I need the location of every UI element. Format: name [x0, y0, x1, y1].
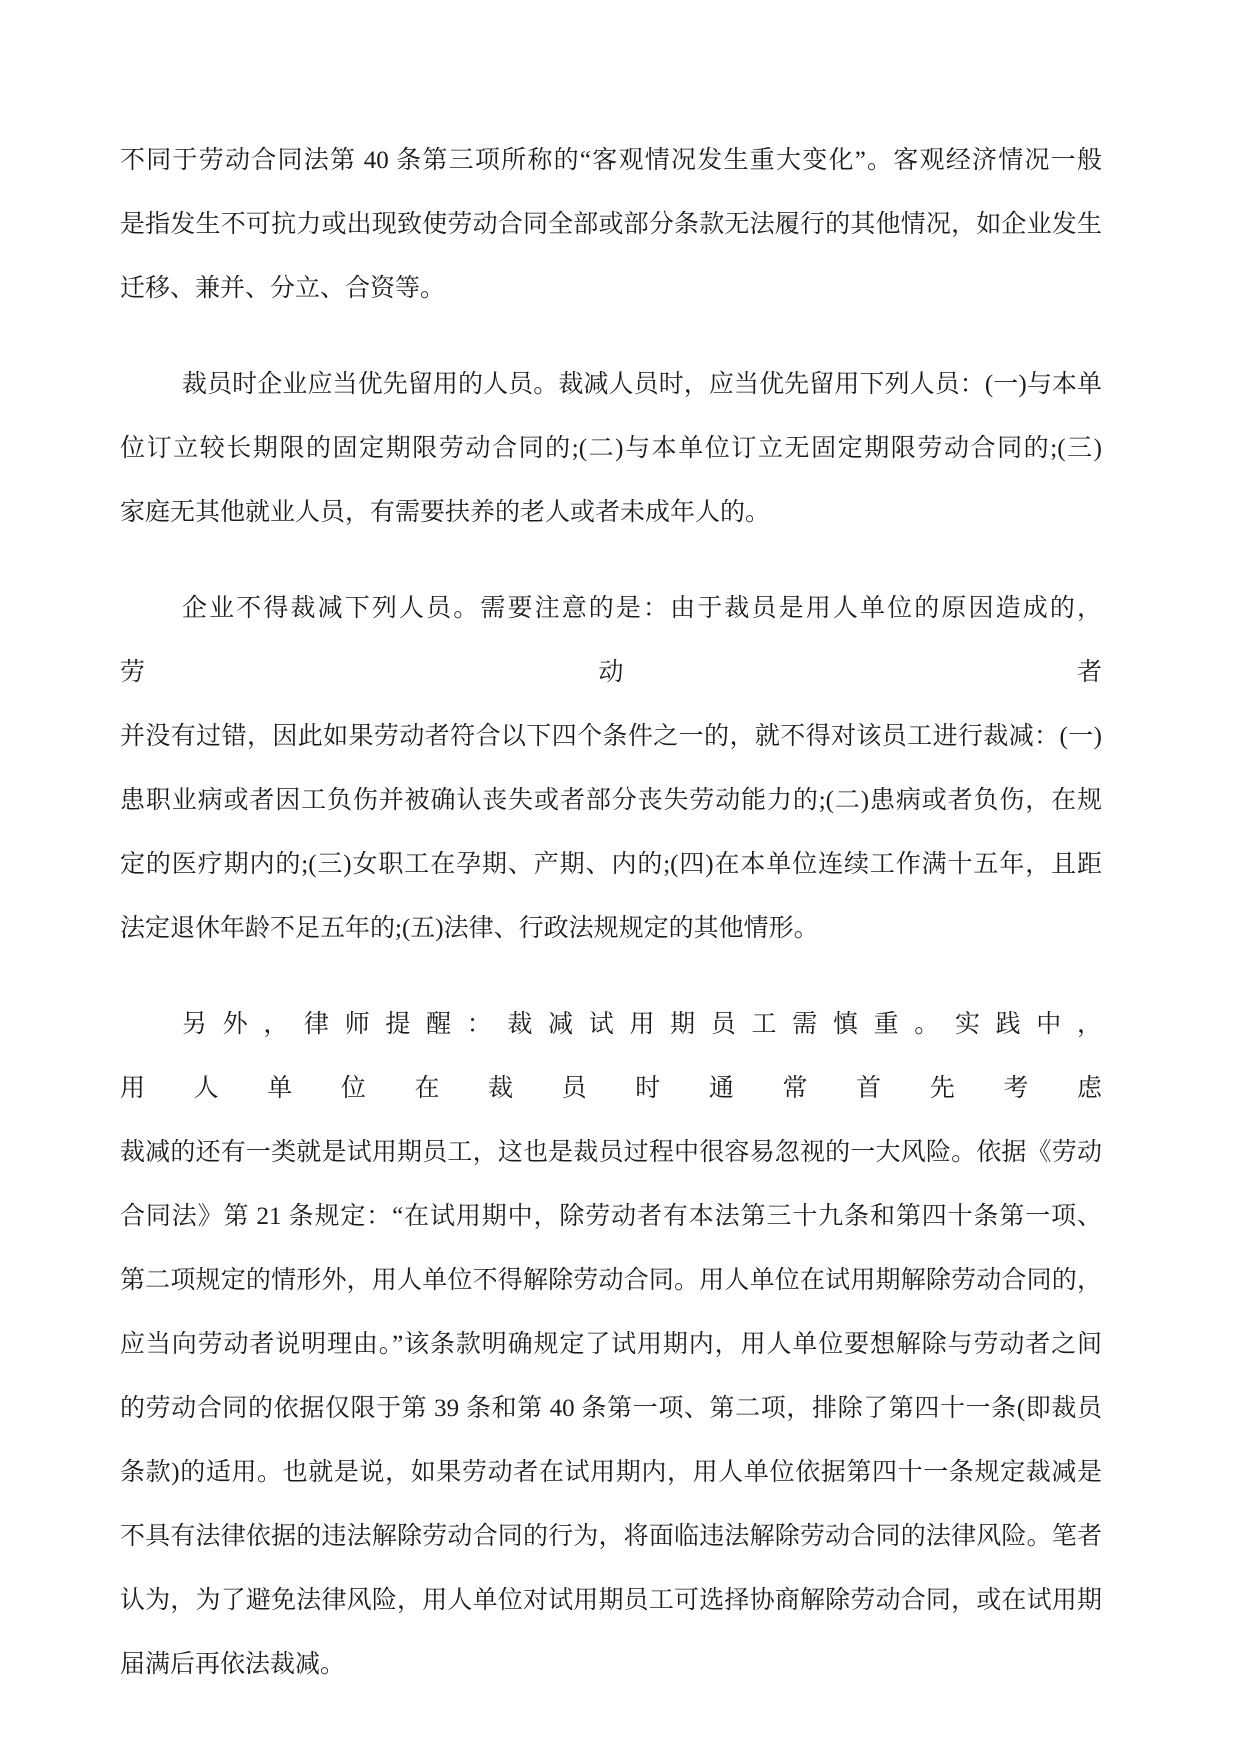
- text-column: 不同于劳动合同法第 40 条第三项所称的“客观情况发生重大变化”。客观经济情况一…: [120, 129, 1102, 1697]
- text-line: 位订立较长期限的固定期限劳动合同的;(二)与本单位订立无固定期限劳动合同的;(三…: [120, 417, 1102, 481]
- text-line: 并没有过错，因此如果劳动者符合以下四个条件之一的，就不得对该员工进行裁减：(一): [120, 705, 1102, 769]
- paragraph: 企业不得裁减下列人员。需要注意的是：由于裁员是用人单位的原因造成的，劳动者并没有…: [120, 577, 1102, 961]
- text-line: 不同于劳动合同法第 40 条第三项所称的“客观情况发生重大变化”。客观经济情况一…: [120, 129, 1102, 193]
- text-line: 条款)的适用。也就是说，如果劳动者在试用期内，用人单位依据第四十一条规定裁减是: [120, 1441, 1102, 1505]
- text-line: 裁减的还有一类就是试用期员工，这也是裁员过程中很容易忽视的一大风险。依据《劳动: [120, 1121, 1102, 1185]
- text-line: 定的医疗期内的;(三)女职工在孕期、产期、内的;(四)在本单位连续工作满十五年，…: [120, 833, 1102, 897]
- text-line: 认为，为了避免法律风险，用人单位对试用期员工可选择协商解除劳动合同，或在试用期: [120, 1569, 1102, 1633]
- text-line: 是指发生不可抗力或出现致使劳动合同全部或部分条款无法履行的其他情况，如企业发生: [120, 193, 1102, 257]
- paragraph: 另外，律师提醒：裁减试用期员工需慎重。实践中，用人单位在裁员时通常首先考虑裁减的…: [120, 993, 1102, 1697]
- text-line: 届满后再依法裁减。: [120, 1633, 1102, 1697]
- text-line: 合同法》第 21 条规定：“在试用期中，除劳动者有本法第三十九条和第四十条第一项…: [120, 1185, 1102, 1249]
- text-line: 不具有法律依据的违法解除劳动合同的行为，将面临违法解除劳动合同的法律风险。笔者: [120, 1505, 1102, 1569]
- text-line: 应当向劳动者说明理由。”该条款明确规定了试用期内，用人单位要想解除与劳动者之间: [120, 1313, 1102, 1377]
- document-page: 不同于劳动合同法第 40 条第三项所称的“客观情况发生重大变化”。客观经济情况一…: [0, 0, 1241, 1754]
- text-line: 患职业病或者因工负伤并被确认丧失或者部分丧失劳动能力的;(二)患病或者负伤，在规: [120, 769, 1102, 833]
- text-line: 的劳动合同的依据仅限于第 39 条和第 40 条第一项、第二项，排除了第四十一条…: [120, 1377, 1102, 1441]
- text-line: 裁员时企业应当优先留用的人员。裁减人员时，应当优先留用下列人员：(一)与本单: [120, 353, 1102, 417]
- text-line: 迁移、兼并、分立、合资等。: [120, 257, 1102, 321]
- text-line: 另外，律师提醒：裁减试用期员工需慎重。实践中，用人单位在裁员时通常首先考虑: [120, 993, 1102, 1121]
- text-line: 家庭无其他就业人员，有需要扶养的老人或者未成年人的。: [120, 481, 1102, 545]
- paragraph: 裁员时企业应当优先留用的人员。裁减人员时，应当优先留用下列人员：(一)与本单位订…: [120, 353, 1102, 545]
- text-line: 企业不得裁减下列人员。需要注意的是：由于裁员是用人单位的原因造成的，劳动者: [120, 577, 1102, 705]
- text-line: 法定退休年龄不足五年的;(五)法律、行政法规规定的其他情形。: [120, 897, 1102, 961]
- text-line: 第二项规定的情形外，用人单位不得解除劳动合同。用人单位在试用期解除劳动合同的，: [120, 1249, 1102, 1313]
- paragraph: 不同于劳动合同法第 40 条第三项所称的“客观情况发生重大变化”。客观经济情况一…: [120, 129, 1102, 321]
